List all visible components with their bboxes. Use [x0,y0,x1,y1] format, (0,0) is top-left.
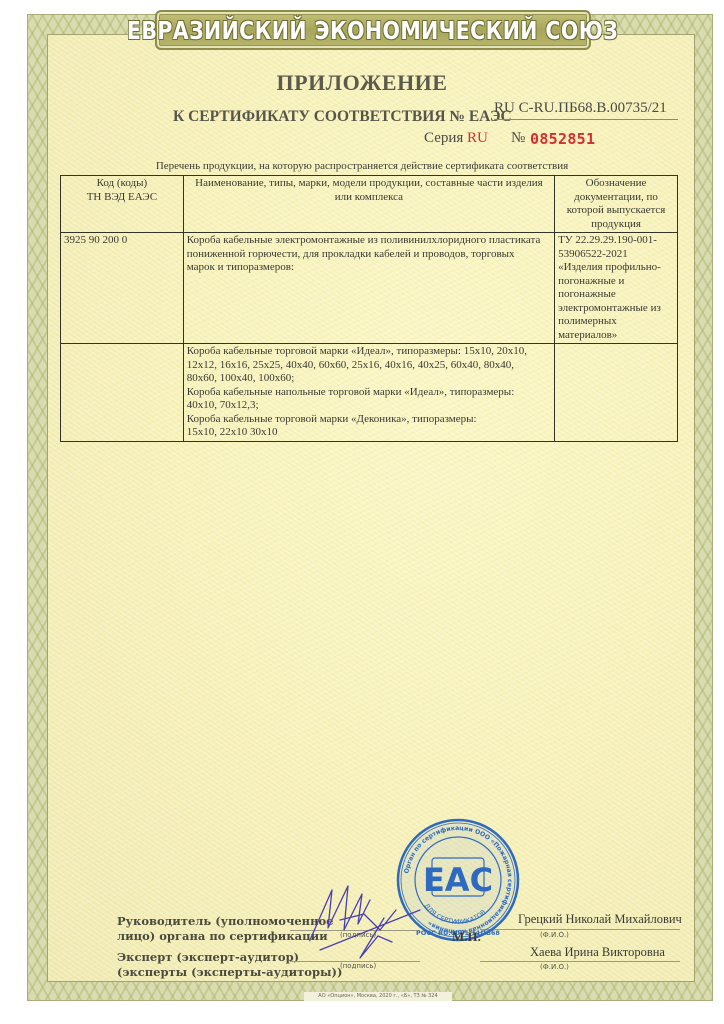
header-documentation: Обозначение документации, по которой вып… [555,176,678,233]
product-table: Код (коды) ТН ВЭД ЕАЭС Наименование, тип… [60,175,678,442]
certificate-subtitle: К СЕРТИФИКАТУ СООТВЕТСТВИЯ № ЕАЭС [173,108,512,126]
head-fio-caption: (Ф.И.О.) [540,931,569,939]
cell-name: Короба кабельные электромонтажные из пол… [183,233,554,344]
handwritten-signature-icon [300,880,440,960]
certificate-number: RU C-RU.ПБ68.В.00735/21 [494,100,667,117]
head-name: Грецкий Николай Михайлович [518,912,682,927]
cell-documentation [555,344,678,442]
seal-label: М.П. [452,929,481,945]
expert-signature-caption: (подпись) [340,962,376,970]
header-name: Наименование, типы, марки, модели продук… [183,176,554,233]
cell-code [61,344,184,442]
union-name: ЕВРАЗИЙСКИЙ ЭКОНОМИЧЕСКИЙ СОЮЗ [127,16,618,45]
product-list-caption: Перечень продукции, на которую распростр… [0,160,724,172]
series-value: RU [467,130,488,147]
expert-name-line [480,961,680,962]
printer-imprint: АО «Опцион», Москва, 2020 г., «Б», ТЗ № … [304,992,452,1001]
number-sign: № [511,130,525,147]
certificate-number-underline [494,119,678,120]
table-row: Короба кабельные торговой марки «Идеал»,… [61,344,678,442]
table-row: 3925 90 200 0 Короба кабельные электромо… [61,233,678,344]
table-header-row: Код (коды) ТН ВЭД ЕАЭС Наименование, тип… [61,176,678,233]
page-title: ПРИЛОЖЕНИЕ [0,70,724,96]
cell-code: 3925 90 200 0 [61,233,184,344]
expert-name: Хаева Ирина Викторовна [530,945,665,960]
cell-documentation: ТУ 22.29.29.190-001- 53906522-2021 «Изде… [555,233,678,344]
union-header-plaque: ЕВРАЗИЙСКИЙ ЭКОНОМИЧЕСКИЙ СОЮЗ [155,10,591,50]
header-code: Код (коды) ТН ВЭД ЕАЭС [61,176,184,233]
blank-number: 0852851 [530,130,595,148]
expert-fio-caption: (Ф.И.О.) [540,963,569,971]
cell-name: Короба кабельные торговой марки «Идеал»,… [183,344,554,442]
series-label: Серия [424,130,463,147]
